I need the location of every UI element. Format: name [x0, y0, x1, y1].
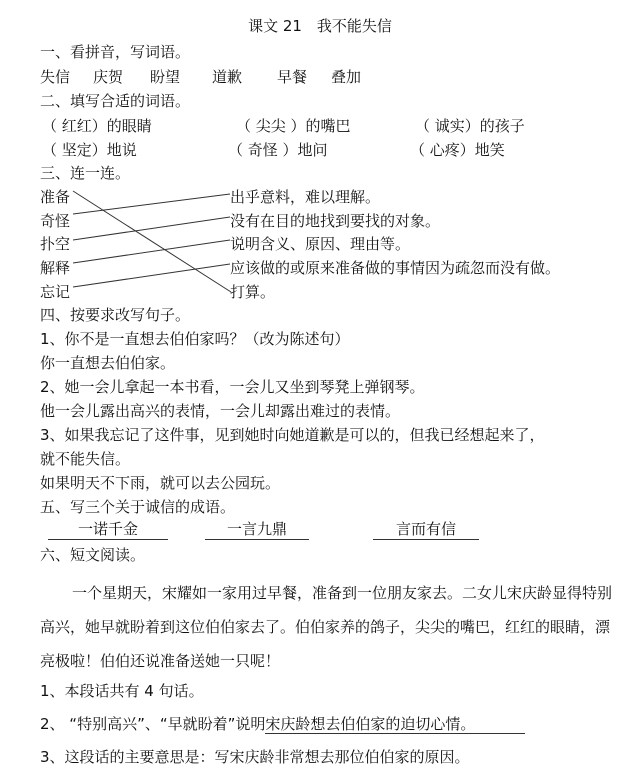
question-1: 1、你不是一直想去伯伯家吗？（改为陈述句）: [40, 329, 350, 349]
section-5-heading: 五、写三个关于诚信的成语。: [40, 497, 235, 517]
passage-text: 一个星期天，宋耀如一家用过早餐，准备到一位朋友家去。二女儿宋庆龄显得特别高兴，她…: [40, 584, 612, 670]
question-2: 2、她一会儿拿起一本书看，一会儿又坐到琴凳上弹钢琴。: [40, 377, 425, 397]
reading-question-3: 3、这段话的主要意思是：写宋庆龄非常想去那位伯伯家的原因。: [40, 747, 470, 767]
idiom-answer: 一言九鼎: [205, 519, 309, 540]
reading-question-1: 1、本段话共有 4 句话。: [40, 681, 204, 701]
link-line: [73, 217, 230, 240]
link-line: [73, 264, 230, 287]
question-2-answer: 宋庆龄想去伯伯家的迫切心情。: [265, 715, 525, 734]
question-2-prefix: 2、 “特别高兴”、“早就盼着”说明: [40, 715, 265, 733]
reading-question-2: 2、 “特别高兴”、“早就盼着”说明宋庆龄想去伯伯家的迫切心情。: [40, 714, 525, 734]
question-3: 3、如果我忘记了这件事，见到她时向她道歉是可以的，但我已经想起来了，: [40, 425, 545, 445]
answer-3: 如果明天不下雨，就可以去公园玩。: [40, 473, 280, 493]
answer-2: 他一会儿露出高兴的表情，一会儿却露出难过的表情。: [40, 401, 400, 421]
question-3-cont: 就不能失信。: [40, 449, 130, 469]
section-6-heading: 六、短文阅读。: [40, 545, 145, 565]
link-line: [73, 191, 231, 292]
reading-passage: 一个星期天，宋耀如一家用过早餐，准备到一位朋友家去。二女儿宋庆龄显得特别高兴，她…: [40, 576, 615, 678]
answer-1: 你一直想去伯伯家。: [40, 353, 175, 373]
section-4-heading: 四、按要求改写句子。: [40, 305, 190, 325]
link-line: [73, 194, 230, 214]
link-line: [73, 240, 230, 263]
idiom-answer: 言而有信: [373, 519, 479, 540]
idiom-answer: 一诺千金: [48, 519, 168, 540]
